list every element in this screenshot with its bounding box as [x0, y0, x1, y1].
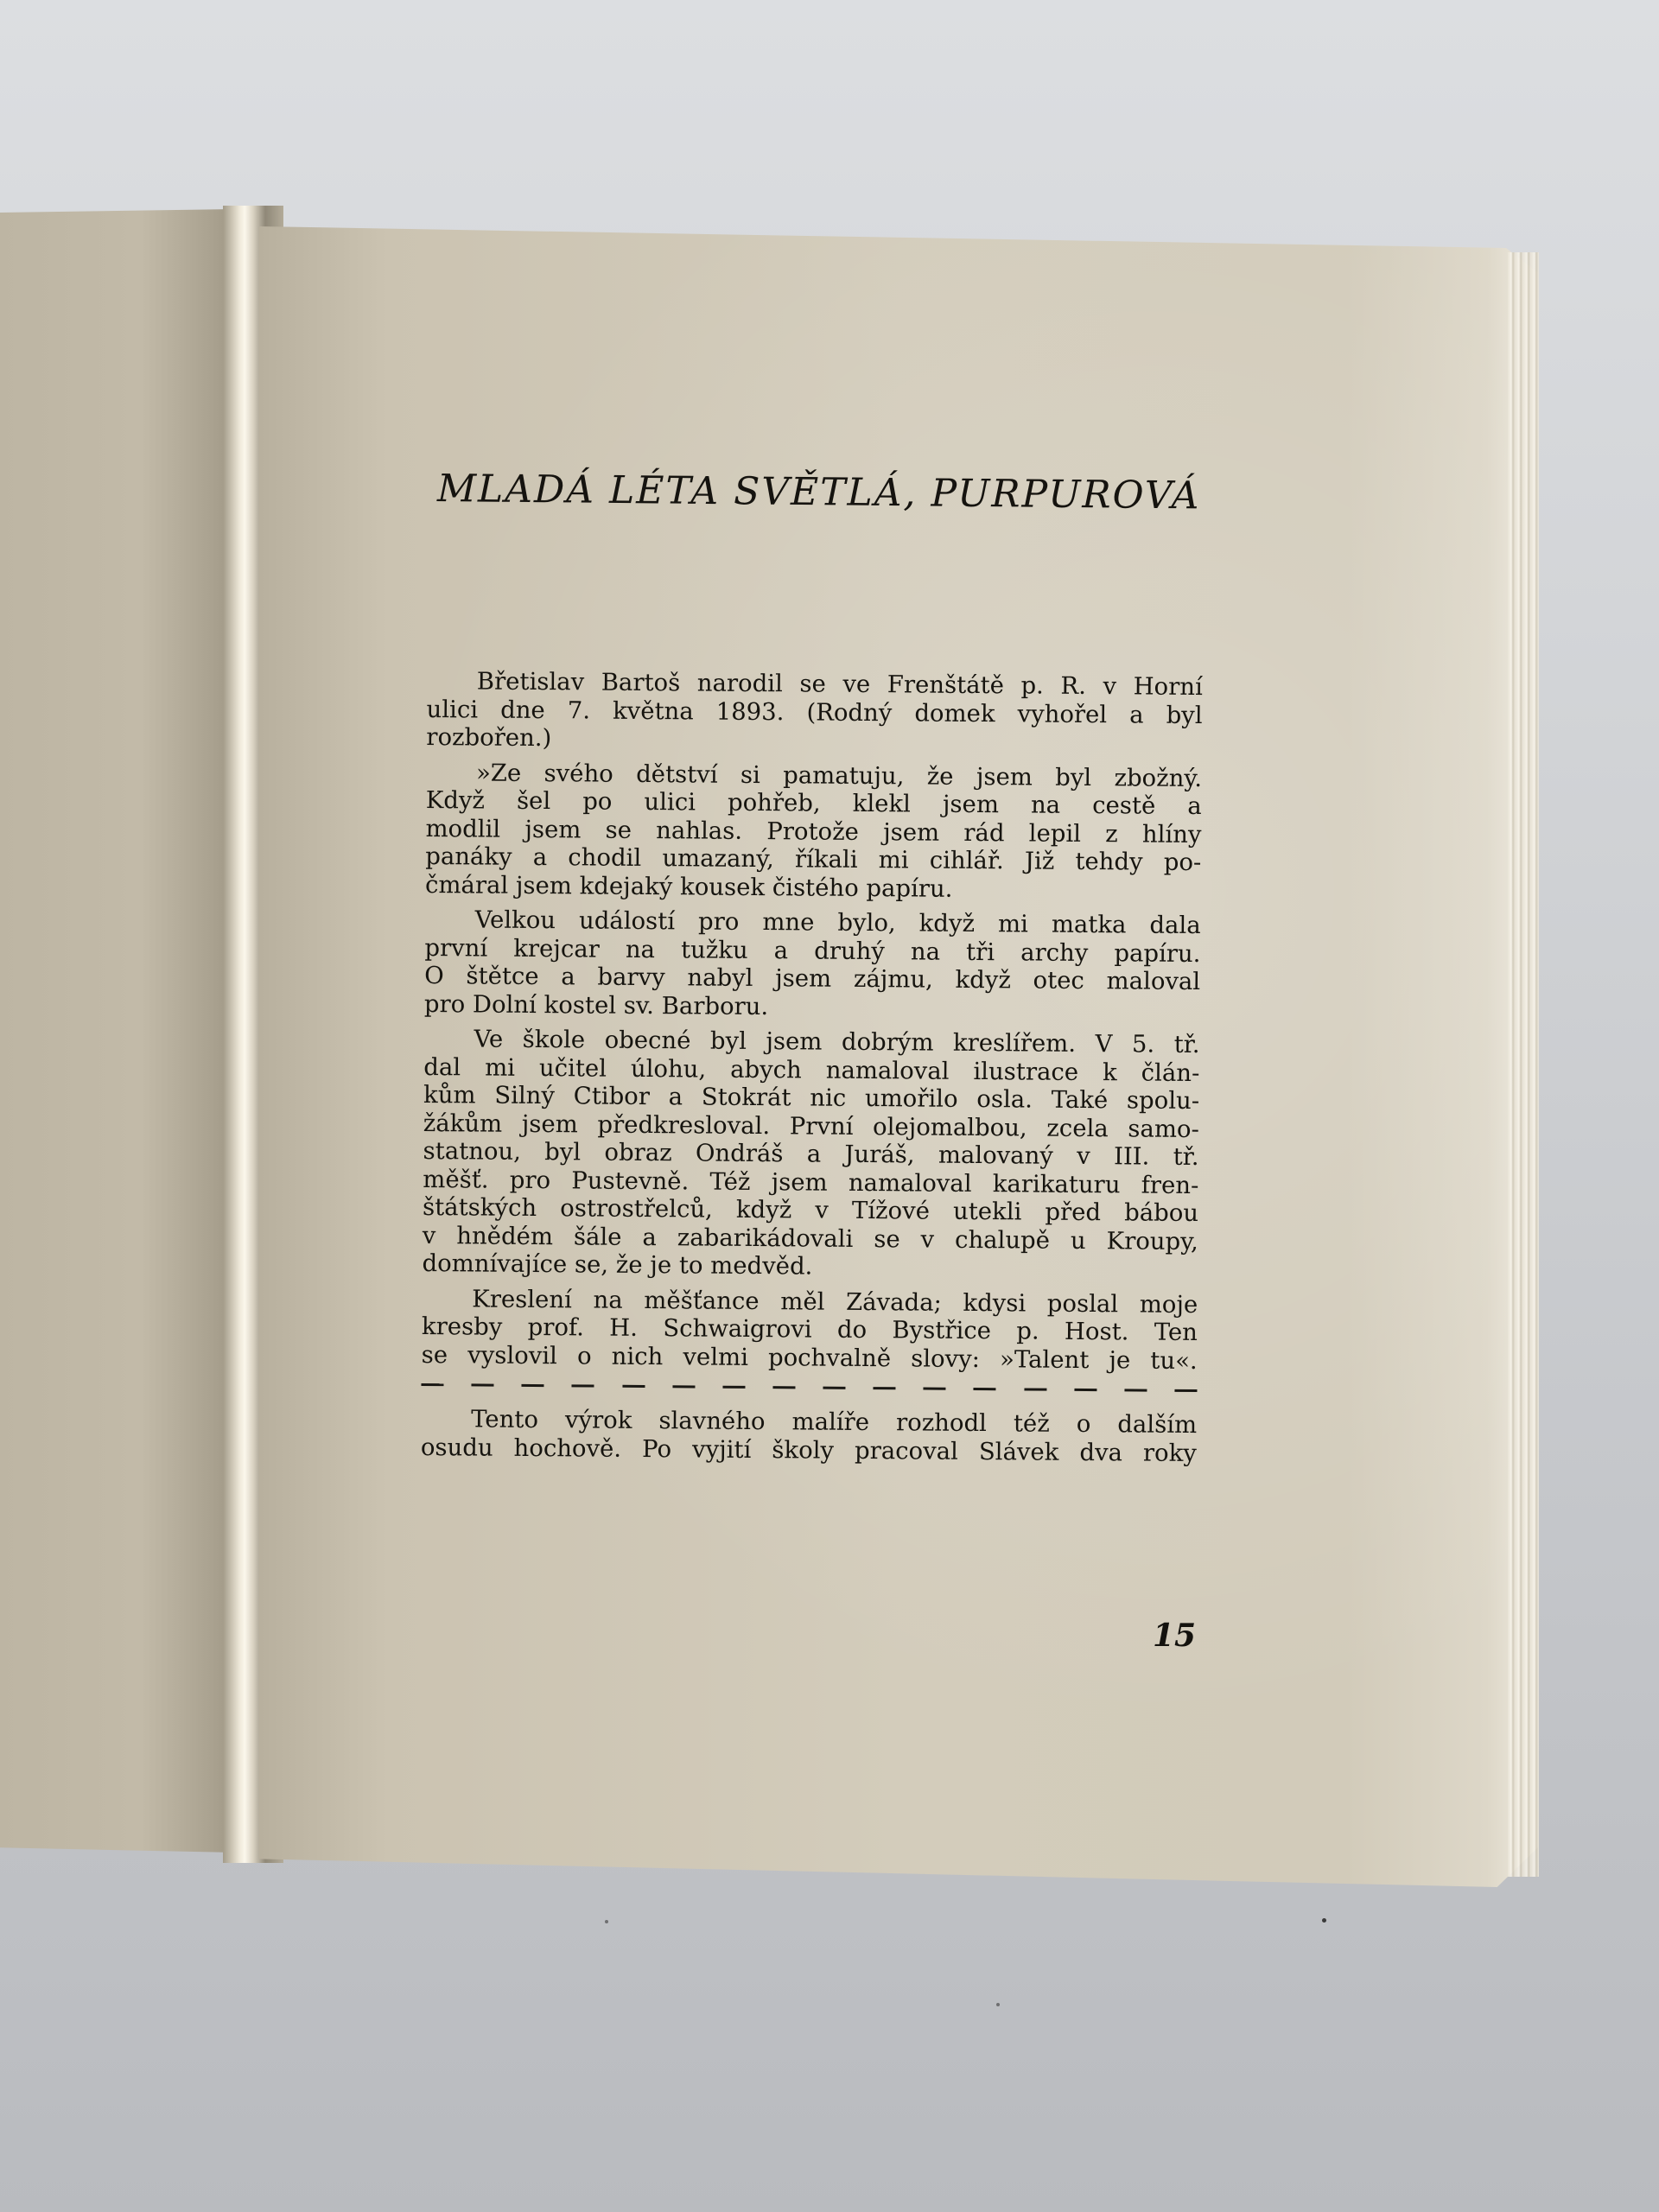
page-edges: [1508, 252, 1539, 1877]
text-line: osudu hochově. Po vyjití školy pracoval …: [421, 1433, 1197, 1467]
section-separator-dashes: [421, 1376, 1197, 1399]
paragraph: Velkou událostí pro mne bylo, když mi ma…: [424, 906, 1201, 1024]
paragraph: Tento výrok slavného malíře rozhodl též …: [421, 1405, 1197, 1467]
chapter-title: MLADÁ LÉTA SVĚTLÁ, PURPUROVÁ: [437, 467, 1208, 518]
paragraph: Kreslení na měšťance měl Závada; kdysi p…: [422, 1284, 1198, 1375]
dust-speck: [605, 1920, 608, 1923]
open-book: rnadlo- starší a yž pojal MLADÁ LÉTA SVĚ…: [0, 0, 1659, 2212]
body-text: Břetislav Bartoš narodil se ve Frenštátě…: [421, 667, 1203, 1474]
text-line: se vyslovil o nich velmi pochvalně slovy…: [422, 1340, 1198, 1375]
paragraph: Ve škole obecné byl jsem dobrým kreslíře…: [422, 1025, 1199, 1284]
page-number: 15: [1153, 1618, 1196, 1654]
paragraph: »Ze svého dětství si pamatuju, že jsem b…: [425, 758, 1202, 905]
dust-speck: [1322, 1918, 1326, 1923]
dust-speck: [996, 2003, 1000, 2006]
paragraph: Břetislav Bartoš narodil se ve Frenštátě…: [426, 667, 1203, 758]
left-page: [0, 209, 235, 1853]
